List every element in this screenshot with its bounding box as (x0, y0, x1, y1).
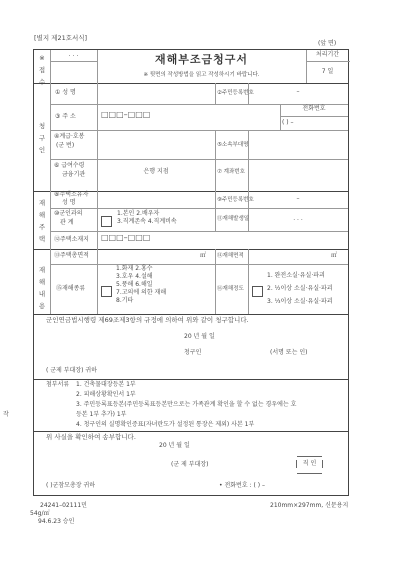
attachment-item: 2. 피해상황확인서 1부 (76, 392, 136, 399)
relation-label-2: 관 계 (60, 220, 74, 227)
signature-hint[interactable]: (서명 또는 인) (270, 350, 307, 357)
processing-period-value: 7 일 (306, 69, 349, 76)
declaration-addressee: ( 군제 부대장) 귀하 (46, 368, 97, 375)
bank-label-2: 금융기관 (62, 172, 85, 179)
disaster-date-label: ⑪재해발생일 (217, 216, 249, 222)
damage-section-label: 재해내용 (37, 264, 47, 312)
attachments-label: 첨부서류 (46, 382, 69, 389)
attachment-item: 1. 건축물대장등본 1부 (76, 382, 136, 389)
disaster-type-label: ⑮재해종류 (56, 286, 85, 293)
name-field[interactable] (97, 83, 215, 104)
account-label: ⑦ 계좌번호 (217, 169, 245, 175)
relation-options-1: 1.본인 2.배우자 (117, 211, 159, 218)
disaster-type-option: 7.고의에 의한 재해 (116, 290, 166, 297)
disaster-type-option: 8.기타 (116, 298, 133, 305)
page-side-note: (앞 면) (318, 38, 336, 47)
owner-label: ⑧주택소유자 (54, 192, 88, 199)
receipt-date[interactable]: . . . (50, 52, 97, 59)
address-zip-field[interactable]: □□□–□□□ (101, 110, 150, 119)
damage-degree-checkbox[interactable] (252, 286, 263, 297)
confirmation-statement: 위 사실을 확인하여 송부합니다. (46, 434, 136, 441)
paper-size: 210mm×297mm, 신문용지 (270, 500, 348, 509)
declaration-date[interactable]: 20 년 월 일 (184, 334, 215, 341)
total-area-unit: ㎡ (200, 253, 206, 260)
form-subtitle: ※ 뒷면의 작성방법을 읽고 작성하시기 바랍니다. (97, 72, 306, 78)
account-field[interactable] (248, 159, 348, 191)
bank-field[interactable]: 은행 지점 (97, 169, 215, 176)
damage-degree-label: ⑯재해정도 (217, 286, 244, 292)
disaster-date-field[interactable]: . . . (248, 216, 348, 223)
claim-form: ※접수 . . . 재해부조금청구서 ※ 뒷면의 작성방법을 읽고 작성하시기 … (33, 49, 349, 496)
location-label: ⑫주택소재지 (54, 237, 89, 244)
processing-period-label: 처리기간 (306, 52, 349, 59)
relation-checkbox[interactable] (101, 216, 112, 227)
damage-degree-option: 3. ⅓이상 소실·유실·파괴 (267, 299, 333, 306)
damage-area-unit: ㎡ (331, 253, 337, 260)
relation-label: ⑩군인과의 (54, 211, 83, 218)
owner-name-field[interactable] (97, 191, 215, 208)
official-seal: 직 인 (297, 456, 322, 474)
attachment-item: 4. 청구인의 실명확인증표(자녀란도가 설정된 통장은 제외) 사본 1부 (76, 422, 254, 429)
owner-rrn-field[interactable]: – (248, 196, 348, 203)
address-label: ③ 주 소 (55, 114, 76, 121)
bank-label: ⑥ 급여수령 (54, 163, 84, 170)
confirmation-phone[interactable]: • 전화번호 : ( ) – (219, 483, 265, 490)
disaster-type-option: 3.호우 4.설해 (116, 274, 153, 281)
approval-date: 94.6.23 승인 (38, 516, 74, 525)
unit-field[interactable] (248, 130, 348, 159)
rank-label: ④계급·호봉 (54, 134, 84, 141)
claimant-section-label: 청구인 (37, 120, 47, 156)
phone-label: 전화번호 (280, 106, 348, 113)
relation-options-2: 3.직계존속 4.직계비속 (117, 219, 177, 226)
damage-degree-option: 1. 완전소실·유실·파괴 (267, 273, 325, 280)
location-zip-field[interactable]: □□□–□□□ (101, 233, 150, 242)
confirmation-unit: (군 제 부대장) (171, 462, 208, 469)
phone-field[interactable]: ( ) – (282, 120, 294, 127)
disaster-type-option: 5.풍해 6.해일 (116, 282, 153, 289)
damage-degree-option: 2. ½이상 소실·유실·파괴 (267, 286, 333, 293)
claimant-signature-label: 청구인 (184, 350, 201, 357)
attachment-item: 3. 주민등록표등본(주민등록표등본만으로는 가족관계 확인을 할 수 없는 경… (76, 402, 296, 409)
confirmation-date[interactable]: 20 년 월 일 (159, 443, 190, 450)
disaster-type-option: 1.화재 2.홍수 (116, 266, 153, 273)
house-section-label: 재해주택 (37, 197, 47, 245)
service-number-label: (군 번) (56, 143, 74, 150)
disaster-type-checkbox[interactable] (101, 286, 112, 297)
declaration-statement: 군인연금법시행령 제69조제3항의 규정에 의하여 위와 같이 청구합니다. (46, 317, 249, 324)
form-title: 재해부조금청구서 (97, 54, 306, 67)
rrn-field[interactable]: – (248, 89, 348, 96)
owner-label-2: 성 명 (62, 200, 76, 207)
unit-label: ⑤소속부대명 (217, 142, 249, 148)
damage-area-label: ⑭재해면적 (217, 253, 244, 259)
name-label: ① 성 명 (55, 90, 76, 97)
confirmation-addressee: ( )군참모총장 귀하 (46, 483, 95, 490)
rank-field[interactable] (97, 130, 215, 159)
total-area-label: ⑬주택총면적 (54, 253, 89, 260)
attachment-side-char: 작 (3, 412, 9, 419)
attachment-item: 등본 1부 추가) 1부 (76, 412, 126, 419)
form-label: [별지 제21호서식] (34, 33, 87, 42)
